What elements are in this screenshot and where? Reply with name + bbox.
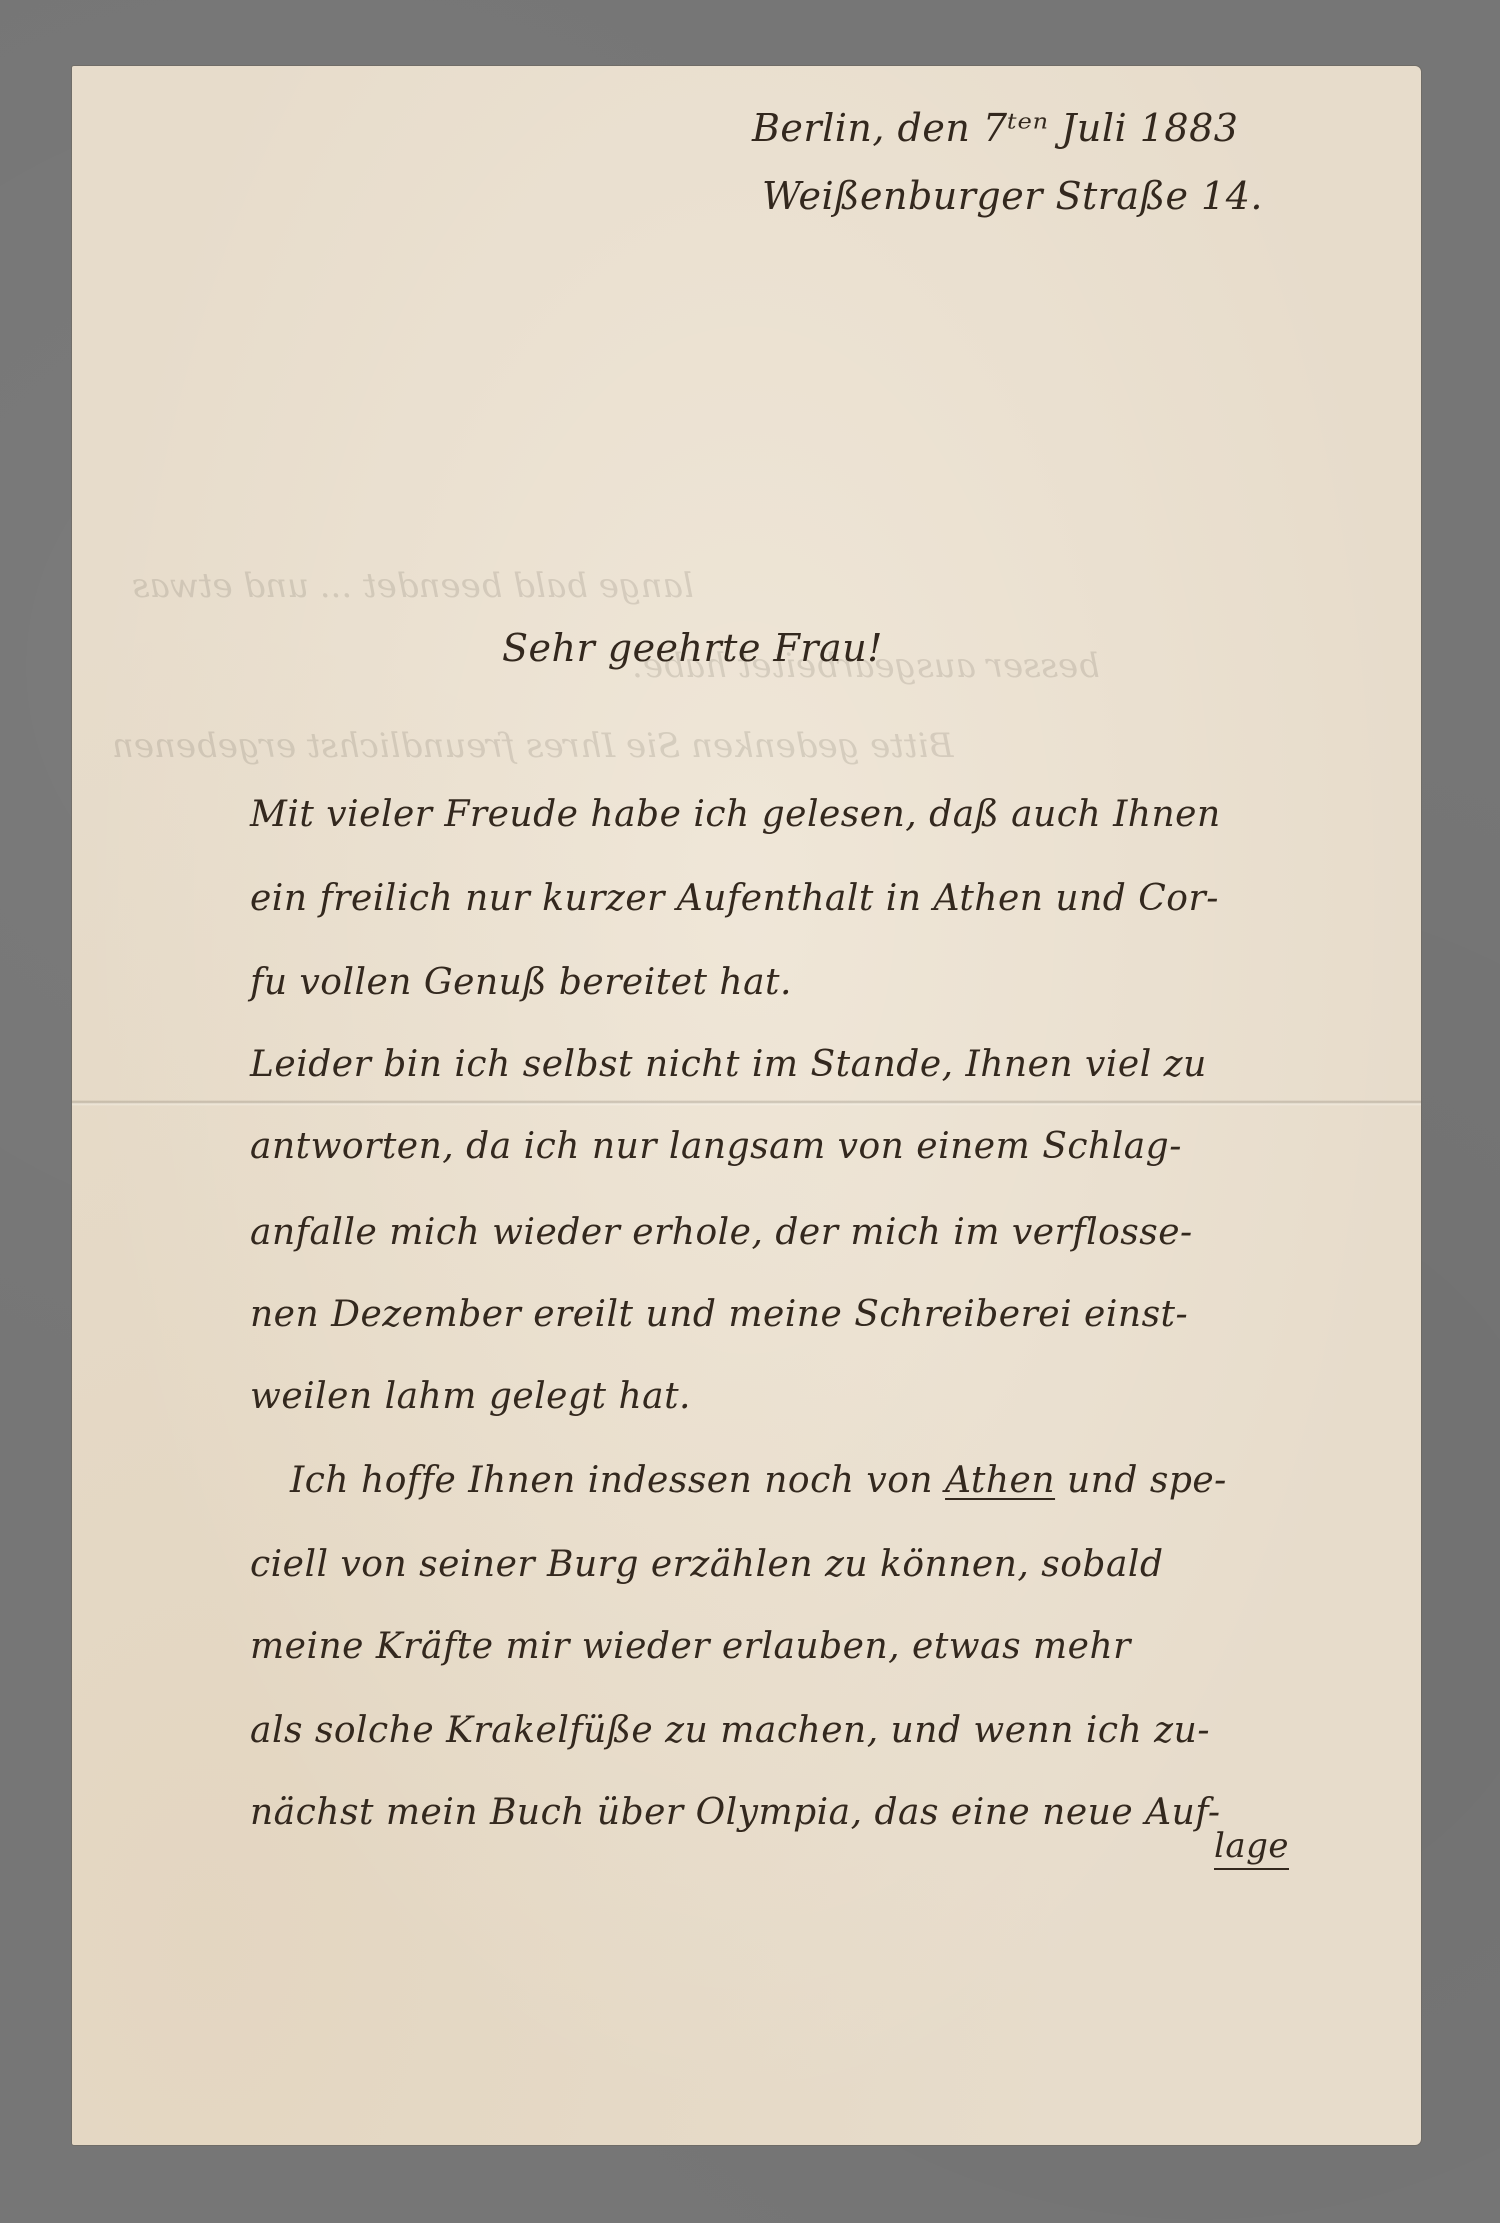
letter-sheet: lange bald beendet ... und etwas besser … bbox=[72, 66, 1421, 2145]
sender-address: Weißenburger Straße 14. bbox=[762, 174, 1263, 218]
bleed-through-line: lange bald beendet ... und etwas bbox=[132, 566, 694, 606]
body-line: Leider bin ich selbst nicht im Stande, I… bbox=[250, 1044, 1207, 1085]
bleed-through-line: Bitte gedenken Sie Ihres freundlichst er… bbox=[112, 726, 953, 766]
catchword: lage bbox=[1214, 1826, 1289, 1870]
body-text: Ich hoffe Ihnen indessen noch von bbox=[290, 1460, 933, 1501]
salutation: Sehr geehrte Frau! bbox=[502, 626, 883, 670]
underlined-word: Athen bbox=[945, 1460, 1055, 1501]
body-line: nen Dezember ereilt und meine Schreibere… bbox=[250, 1294, 1188, 1335]
body-line: Ich hoffe Ihnen indessen noch von Athen … bbox=[290, 1460, 1227, 1501]
body-line: weilen lahm gelegt hat. bbox=[250, 1376, 691, 1417]
body-line: nächst mein Buch über Olympia, das eine … bbox=[250, 1792, 1220, 1833]
body-line: fu vollen Genuß bereitet hat. bbox=[250, 962, 792, 1003]
fold-crease bbox=[72, 1100, 1421, 1106]
place-date: Berlin, den 7ᵗᵉⁿ Juli 1883 bbox=[752, 106, 1238, 150]
body-line: anfalle mich wieder erhole, der mich im … bbox=[250, 1212, 1193, 1253]
body-line: meine Kräfte mir wieder erlauben, etwas … bbox=[250, 1626, 1131, 1667]
body-text: und spe- bbox=[1067, 1460, 1227, 1501]
body-line: antworten, da ich nur langsam von einem … bbox=[250, 1126, 1182, 1167]
body-line: Mit vieler Freude habe ich gelesen, daß … bbox=[250, 794, 1221, 835]
body-line: als solche Krakelfüße zu machen, und wen… bbox=[250, 1710, 1210, 1751]
body-line: ciell von seiner Burg erzählen zu können… bbox=[250, 1544, 1164, 1585]
body-line: ein freilich nur kurzer Aufenthalt in At… bbox=[250, 878, 1219, 919]
